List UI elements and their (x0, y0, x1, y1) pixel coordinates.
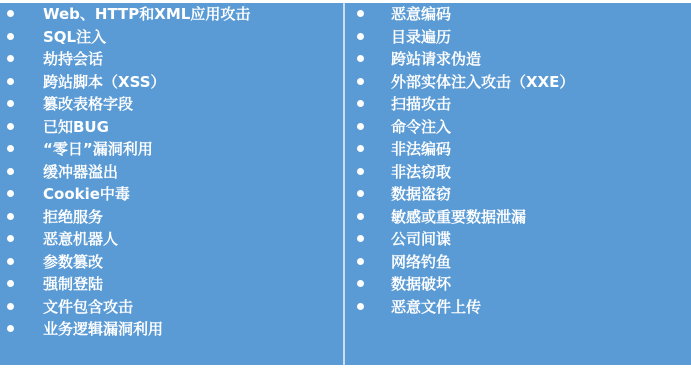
bullet-icon (357, 258, 364, 265)
bullet-icon (357, 235, 364, 242)
list-item: 跨站请求伪造 (345, 48, 691, 71)
bullet-icon (7, 235, 14, 242)
item-label: 外部实体注入攻击（XXE） (391, 71, 574, 93)
list-item: Web、HTTP和XML应用攻击 (0, 3, 343, 26)
item-label: 参数篡改 (43, 251, 103, 273)
bullet-icon (7, 10, 14, 17)
list-item: 跨站脚本（XSS） (0, 71, 343, 94)
bullet-icon (357, 190, 364, 197)
list-item: 非法编码 (345, 138, 691, 161)
item-label: 公司间谍 (391, 228, 451, 250)
list-item: 业务逻辑漏洞利用 (0, 318, 343, 341)
item-label: 跨站请求伪造 (391, 48, 481, 70)
item-label: 非法窃取 (391, 161, 451, 183)
bullet-icon (7, 258, 14, 265)
bullet-icon (357, 100, 364, 107)
list-item: 网络钓鱼 (345, 251, 691, 274)
bullet-icon (357, 213, 364, 220)
list-item: 数据盗窃 (345, 183, 691, 206)
list-item: 强制登陆 (0, 273, 343, 296)
item-label: 命令注入 (391, 116, 451, 138)
item-label: 业务逻辑漏洞利用 (43, 318, 163, 340)
item-label: 强制登陆 (43, 273, 103, 295)
list-item: 恶意文件上传 (345, 296, 691, 319)
list-item: Cookie中毒 (0, 183, 343, 206)
right-column: 恶意编码 目录遍历 跨站请求伪造 外部实体注入攻击（XXE） 扫描攻击 命令注入… (345, 3, 691, 365)
item-label: “零日”漏洞利用 (43, 138, 153, 160)
list-item: 命令注入 (345, 116, 691, 139)
item-label: Cookie中毒 (43, 183, 130, 205)
bullet-icon (357, 280, 364, 287)
bullet-icon (357, 78, 364, 85)
list-item: 已知BUG (0, 116, 343, 139)
item-label: 跨站脚本（XSS） (43, 71, 166, 93)
bullet-icon (357, 303, 364, 310)
item-label: 拒绝服务 (43, 206, 103, 228)
bullet-icon (357, 10, 364, 17)
item-label: 文件包含攻击 (43, 296, 133, 318)
item-label: 已知BUG (43, 116, 109, 138)
bullet-icon (7, 100, 14, 107)
item-label: 敏感或重要数据泄漏 (391, 206, 526, 228)
bullet-icon (7, 78, 14, 85)
list-item: 劫持会话 (0, 48, 343, 71)
bullet-icon (357, 55, 364, 62)
item-label: 劫持会话 (43, 48, 103, 70)
list-item: 恶意机器人 (0, 228, 343, 251)
item-label: Web、HTTP和XML应用攻击 (43, 3, 250, 25)
left-attack-list: Web、HTTP和XML应用攻击 SQL注入 劫持会话 跨站脚本（XSS） 篡改… (0, 3, 343, 341)
list-item: 数据破坏 (345, 273, 691, 296)
bullet-icon (7, 145, 14, 152)
bullet-icon (7, 213, 14, 220)
list-item: 目录遍历 (345, 26, 691, 49)
list-item: “零日”漏洞利用 (0, 138, 343, 161)
list-item: 文件包含攻击 (0, 296, 343, 319)
list-item: 外部实体注入攻击（XXE） (345, 71, 691, 94)
item-label: 数据盗窃 (391, 183, 451, 205)
list-item: 篡改表格字段 (0, 93, 343, 116)
item-label: 恶意机器人 (43, 228, 118, 250)
list-item: 敏感或重要数据泄漏 (345, 206, 691, 229)
item-label: 网络钓鱼 (391, 251, 451, 273)
bullet-icon (357, 168, 364, 175)
list-item: 拒绝服务 (0, 206, 343, 229)
bullet-icon (357, 33, 364, 40)
left-column: Web、HTTP和XML应用攻击 SQL注入 劫持会话 跨站脚本（XSS） 篡改… (0, 3, 343, 365)
item-label: 扫描攻击 (391, 93, 451, 115)
bullet-icon (7, 280, 14, 287)
list-item: 参数篡改 (0, 251, 343, 274)
bullet-icon (7, 123, 14, 130)
item-label: 篡改表格字段 (43, 93, 133, 115)
bullet-icon (7, 168, 14, 175)
bullet-icon (7, 33, 14, 40)
right-attack-list: 恶意编码 目录遍历 跨站请求伪造 外部实体注入攻击（XXE） 扫描攻击 命令注入… (345, 3, 691, 318)
item-label: SQL注入 (43, 26, 106, 48)
list-item: 公司间谍 (345, 228, 691, 251)
item-label: 非法编码 (391, 138, 451, 160)
bullet-icon (7, 190, 14, 197)
list-item: SQL注入 (0, 26, 343, 49)
attack-types-table: Web、HTTP和XML应用攻击 SQL注入 劫持会话 跨站脚本（XSS） 篡改… (0, 3, 691, 365)
item-label: 数据破坏 (391, 273, 451, 295)
list-item: 非法窃取 (345, 161, 691, 184)
item-label: 目录遍历 (391, 26, 451, 48)
bullet-icon (357, 145, 364, 152)
bullet-icon (7, 303, 14, 310)
bullet-icon (357, 123, 364, 130)
item-label: 恶意文件上传 (391, 296, 481, 318)
item-label: 缓冲器溢出 (43, 161, 118, 183)
bullet-icon (7, 55, 14, 62)
list-item: 扫描攻击 (345, 93, 691, 116)
bullet-icon (7, 325, 14, 332)
item-label: 恶意编码 (391, 3, 451, 25)
list-item: 恶意编码 (345, 3, 691, 26)
list-item: 缓冲器溢出 (0, 161, 343, 184)
